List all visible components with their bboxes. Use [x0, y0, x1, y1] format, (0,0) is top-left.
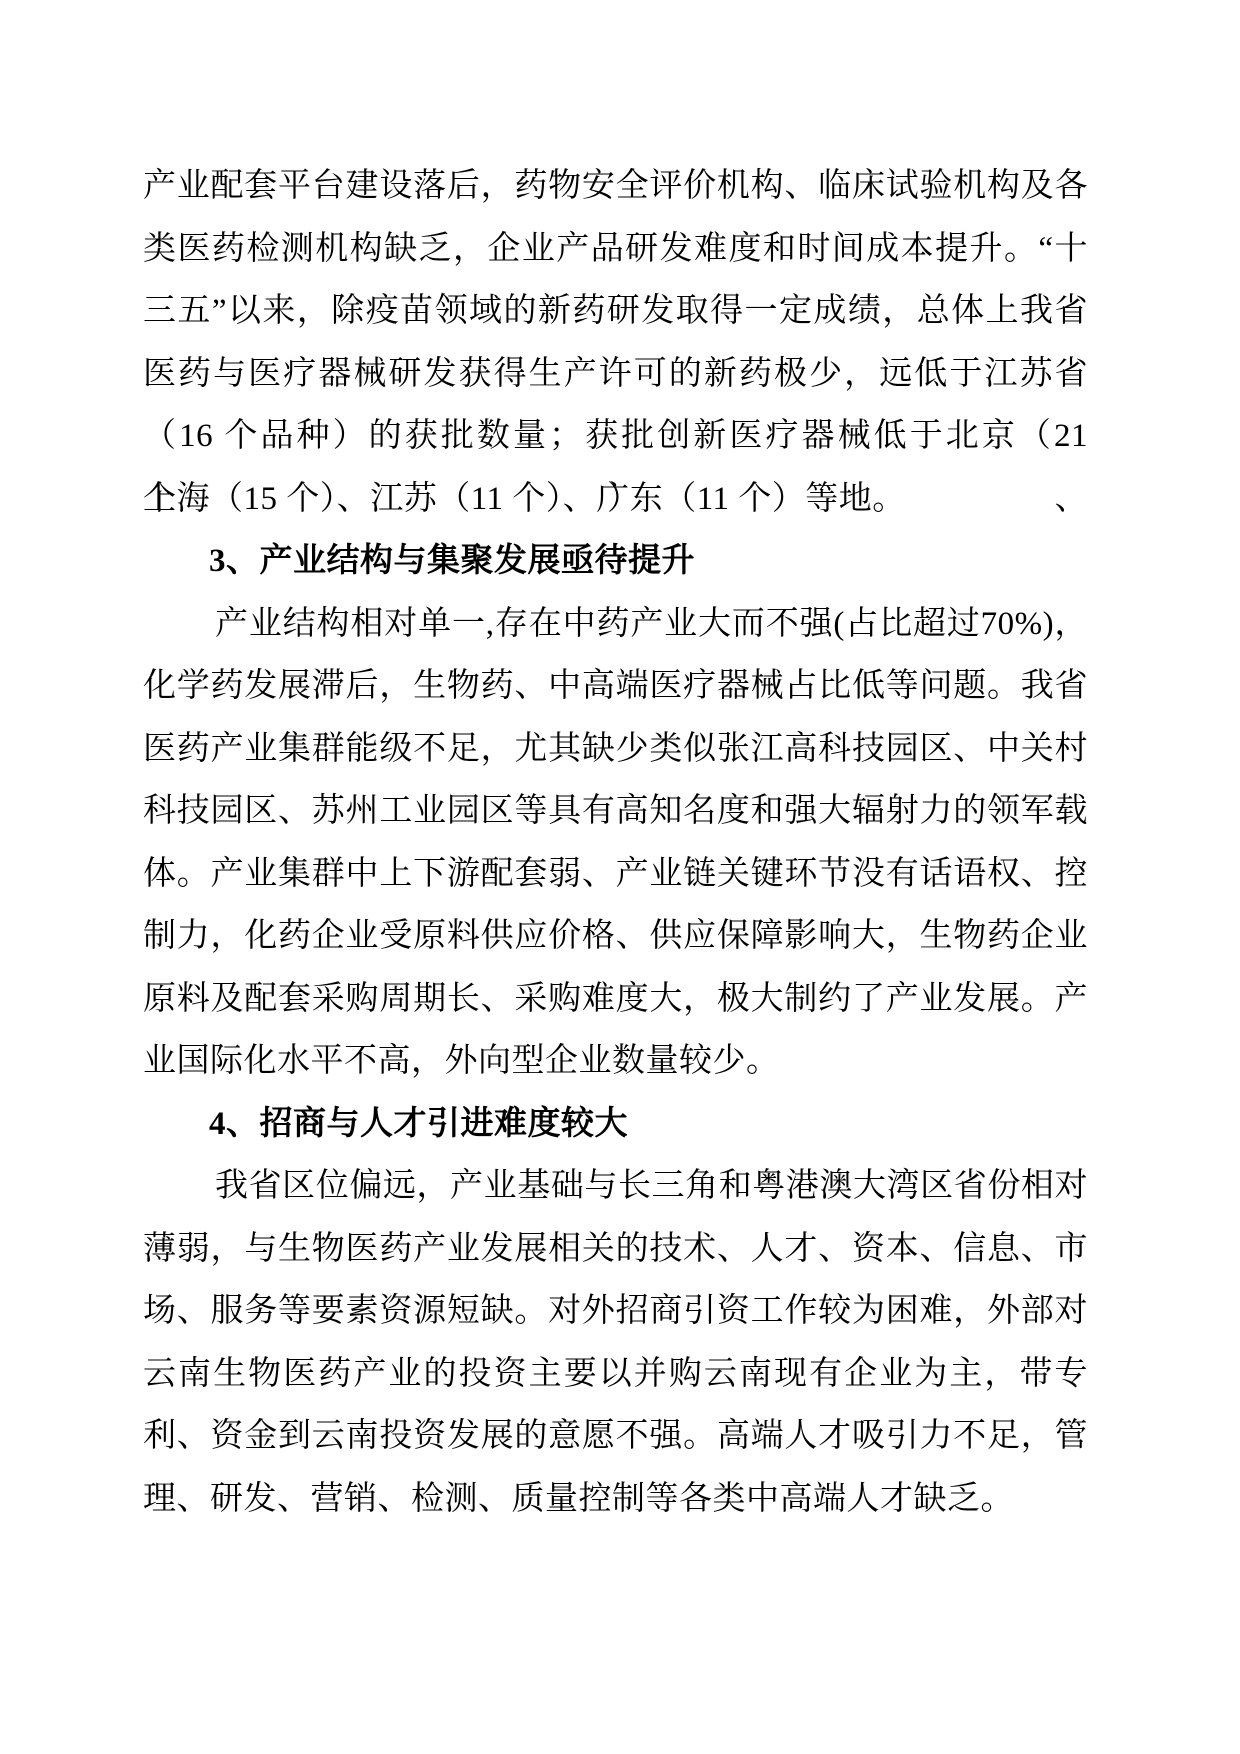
- text-line: 制力，化药企业受原料供应价格、供应保障影响大，生物药企业: [143, 905, 1088, 968]
- text-line: 医药产业集群能级不足，尤其缺少类似张江高科技园区、中关村: [143, 718, 1088, 781]
- paragraph: 产业配套平台建设落后，药物安全评价机构、临床试验机构及各类医药检测机构缺乏，企业…: [143, 155, 1088, 530]
- text-line: 原料及配套采购周期长、采购难度大，极大制约了产业发展。产: [143, 968, 1088, 1031]
- text-line: 体。产业集群中上下游配套弱、产业链关键环节没有话语权、控: [143, 843, 1088, 906]
- document-content: 产业配套平台建设落后，药物安全评价机构、临床试验机构及各类医药检测机构缺乏，企业…: [143, 155, 1088, 1530]
- text-line: 化学药发展滞后，生物药、中高端医疗器械占比低等问题。我省: [143, 655, 1088, 718]
- text-line: 场、服务等要素资源短缺。对外招商引资工作较为困难，外部对: [143, 1280, 1088, 1343]
- document-page: 产业配套平台建设落后，药物安全评价机构、临床试验机构及各类医药检测机构缺乏，企业…: [0, 0, 1240, 1754]
- text-line: 医药与医疗器械研发获得生产许可的新药极少，远低于江苏省: [143, 343, 1088, 406]
- text-line: 业国际化水平不高，外向型企业数量较少。: [143, 1030, 1088, 1093]
- paragraph: 产业结构相对单一,存在中药产业大而不强(占比超过70%)，化学药发展滞后，生物药…: [143, 593, 1088, 1093]
- section-heading: 4、招商与人才引进难度较大: [143, 1093, 1088, 1156]
- text-line: 类医药检测机构缺乏，企业产品研发难度和时间成本提升。“十: [143, 218, 1088, 281]
- section-heading: 3、产业结构与集聚发展亟待提升: [143, 530, 1088, 593]
- text-line: （16 个品种）的获批数量；获批创新医疗器械低于北京（21 个）、: [143, 405, 1088, 468]
- text-line: 产业结构相对单一,存在中药产业大而不强(占比超过70%)，: [143, 593, 1088, 656]
- paragraph: 我省区位偏远，产业基础与长三角和粤港澳大湾区省份相对薄弱，与生物医药产业发展相关…: [143, 1155, 1088, 1530]
- text-line: 三五”以来，除疫苗领域的新药研发取得一定成绩，总体上我省: [143, 280, 1088, 343]
- text-line: 薄弱，与生物医药产业发展相关的技术、人才、资本、信息、市: [143, 1218, 1088, 1281]
- text-line: 科技园区、苏州工业园区等具有高知名度和强大辐射力的领军载: [143, 780, 1088, 843]
- text-line: 理、研发、营销、检测、质量控制等各类中高端人才缺乏。: [143, 1468, 1088, 1531]
- text-line: 云南生物医药产业的投资主要以并购云南现有企业为主，带专: [143, 1343, 1088, 1406]
- text-line: 产业配套平台建设落后，药物安全评价机构、临床试验机构及各: [143, 155, 1088, 218]
- text-line: 我省区位偏远，产业基础与长三角和粤港澳大湾区省份相对: [143, 1155, 1088, 1218]
- text-line: 利、资金到云南投资发展的意愿不强。高端人才吸引力不足，管: [143, 1405, 1088, 1468]
